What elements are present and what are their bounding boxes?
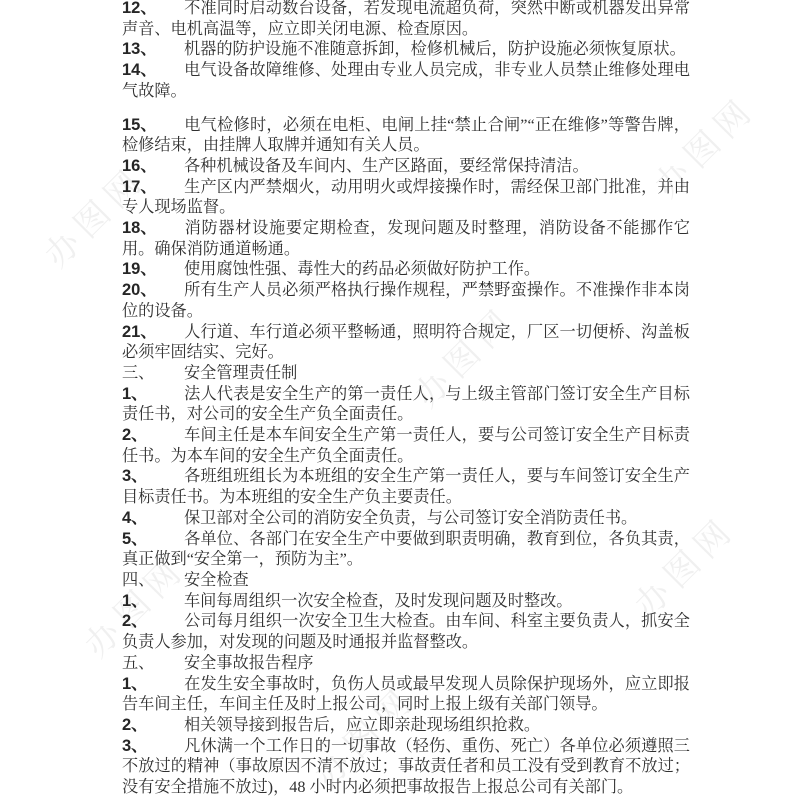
document-content: 12、不准同时启动数台设备，若发现电流超负荷，突然中断或机器发出异常声音、电机高… [122, 0, 690, 798]
list-number: 3、 [122, 736, 184, 757]
list-number: 20、 [122, 280, 184, 301]
list-paragraph: 5、各单位、各部门在安全生产中要做到职责明确，教育到位，各负其责，真正做到“安全… [122, 529, 690, 570]
paragraph-text: 电气检修时，必须在电柜、电闸上挂“禁止合闸”“正在维修”等警告牌，检修结束，由挂… [122, 116, 690, 155]
list-number: 1、 [122, 591, 184, 612]
list-number: 17、 [122, 177, 184, 198]
paragraph-text: 凡休满一个工作日的一切事故（轻伤、重伤、死亡）各单位必须遵照三不放过的精神（事故… [122, 737, 690, 796]
paragraph-text: 车间主任是本车间安全生产第一责任人，要与公司签订安全生产目标责任书。为本车间的安… [122, 426, 690, 465]
list-paragraph: 1、法人代表是安全生产的第一责任人，与上级主管部门签订安全生产目标责任书，对公司… [122, 384, 690, 425]
paragraph-text: 所有生产人员必须严格执行操作规程，严禁野蛮操作。不准操作非本岗位的设备。 [122, 281, 690, 320]
list-paragraph: 2、相关领导接到报告后，应立即亲赴现场组织抢救。 [122, 715, 690, 736]
paragraph-text: 在发生安全事故时，负伤人员或最早发现人员除保护现场外，应立即报告车间主任，车间主… [122, 675, 690, 714]
paragraph-text: 不准同时启动数台设备，若发现电流超负荷，突然中断或机器发出异常声音、电机高温等，… [122, 0, 690, 38]
paragraph-text: 车间每周组织一次安全检查，及时发现问题及时整改。 [184, 592, 573, 610]
list-number: 4、 [122, 508, 184, 529]
list-number: 2、 [122, 715, 184, 736]
list-number: 3、 [122, 466, 184, 487]
list-number: 16、 [122, 156, 184, 177]
list-paragraph: 2、公司每月组织一次安全卫生大检查。由车间、科室主要负责人，抓安全负责人参加，对… [122, 611, 690, 652]
section-heading: 五、安全事故报告程序 [122, 653, 690, 674]
list-paragraph: 21、人行道、车行道必须平整畅通，照明符合规定，厂区一切便桥、沟盖板必须牢固结实… [122, 322, 690, 363]
list-paragraph: 19、使用腐蚀性强、毒性大的药品必须做好防护工作。 [122, 259, 690, 280]
list-paragraph: 12、不准同时启动数台设备，若发现电流超负荷，突然中断或机器发出异常声音、电机高… [122, 0, 690, 39]
list-paragraph: 13、机器的防护设施不准随意拆卸，检修机械后，防护设施必须恢复原状。 [122, 39, 690, 60]
list-paragraph: 2、车间主任是本车间安全生产第一责任人，要与公司签订安全生产目标责任书。为本车间… [122, 425, 690, 466]
list-paragraph: 1、在发生安全事故时，负伤人员或最早发现人员除保护现场外，应立即报告车间主任，车… [122, 674, 690, 715]
paragraph-text: 使用腐蚀性强、毒性大的药品必须做好防护工作。 [184, 260, 540, 278]
list-number: 12、 [122, 0, 184, 19]
list-paragraph: 17、生产区内严禁烟火，动用明火或焊接操作时，需经保卫部门批准，并由专人现场监督… [122, 177, 690, 218]
list-number: 四、 [122, 570, 184, 591]
list-number: 13、 [122, 39, 184, 60]
list-paragraph: 1、车间每周组织一次安全检查，及时发现问题及时整改。 [122, 591, 690, 612]
paragraph-text: 各单位、各部门在安全生产中要做到职责明确，教育到位，各负其责，真正做到“安全第一… [122, 530, 690, 569]
list-number: 15、 [122, 115, 184, 136]
section-heading: 四、安全检查 [122, 570, 690, 591]
list-paragraph: 18、消防器材设施要定期检查，发现问题及时整理，消防设备不能挪作它用。确保消防通… [122, 218, 690, 259]
paragraph-text: 消防器材设施要定期检查，发现问题及时整理，消防设备不能挪作它用。确保消防通道畅通… [122, 219, 690, 258]
list-number: 21、 [122, 322, 184, 343]
paragraph-text: 法人代表是安全生产的第一责任人，与上级主管部门签订安全生产目标责任书，对公司的安… [122, 385, 690, 424]
paragraph-text: 电气设备故障维修、处理由专业人员完成，非专业人员禁止维修处理电气故障。 [122, 61, 690, 100]
list-number: 19、 [122, 259, 184, 280]
list-paragraph: 14、电气设备故障维修、处理由专业人员完成，非专业人员禁止维修处理电气故障。 [122, 60, 690, 101]
paragraph-text: 相关领导接到报告后，应立即亲赴现场组织抢救。 [184, 716, 540, 734]
paragraph-text: 生产区内严禁烟火，动用明火或焊接操作时，需经保卫部门批准，并由专人现场监督。 [122, 178, 690, 217]
list-paragraph: 20、所有生产人员必须严格执行操作规程，严禁野蛮操作。不准操作非本岗位的设备。 [122, 280, 690, 321]
list-paragraph: 16、各种机械设备及车间内、生产区路面，要经常保持清洁。 [122, 156, 690, 177]
paragraph-text: 公司每月组织一次安全卫生大检查。由车间、科室主要负责人，抓安全负责人参加，对发现… [122, 612, 690, 651]
list-paragraph: 3、各班组班组长为本班组的安全生产第一责任人，要与车间签订安全生产目标责任书。为… [122, 466, 690, 507]
list-number: 五、 [122, 653, 184, 674]
paragraph-text: 机器的防护设施不准随意拆卸，检修机械后，防护设施必须恢复原状。 [184, 40, 686, 58]
list-paragraph: 3、凡休满一个工作日的一切事故（轻伤、重伤、死亡）各单位必须遵照三不放过的精神（… [122, 736, 690, 798]
list-paragraph: 15、电气检修时，必须在电柜、电闸上挂“禁止合闸”“正在维修”等警告牌，检修结束… [122, 115, 690, 156]
list-number: 18、 [122, 218, 184, 239]
list-number: 14、 [122, 60, 184, 81]
paragraph-text: 安全管理责任制 [184, 364, 297, 382]
list-number: 1、 [122, 384, 184, 405]
paragraph-text: 各种机械设备及车间内、生产区路面，要经常保持清洁。 [184, 157, 589, 175]
document-page: 办图网办图网办图网办图网办图网办图网 12、不准同时启动数台设备，若发现电流超负… [0, 0, 800, 800]
section-heading: 三、安全管理责任制 [122, 363, 690, 384]
list-paragraph: 4、保卫部对全公司的消防安全负责，与公司签订安全消防责任书。 [122, 508, 690, 529]
list-number: 1、 [122, 674, 184, 695]
list-number: 5、 [122, 529, 184, 550]
list-number: 三、 [122, 363, 184, 384]
paragraph-text: 安全事故报告程序 [184, 654, 314, 672]
paragraph-text: 安全检查 [184, 571, 249, 589]
paragraph-text: 保卫部对全公司的消防安全负责，与公司签订安全消防责任书。 [184, 509, 637, 527]
list-number: 2、 [122, 425, 184, 446]
paragraph-text: 人行道、车行道必须平整畅通，照明符合规定，厂区一切便桥、沟盖板必须牢固结实、完好… [122, 323, 690, 362]
paragraph-text: 各班组班组长为本班组的安全生产第一责任人，要与车间签订安全生产目标责任书。为本班… [122, 467, 690, 506]
list-number: 2、 [122, 611, 184, 632]
